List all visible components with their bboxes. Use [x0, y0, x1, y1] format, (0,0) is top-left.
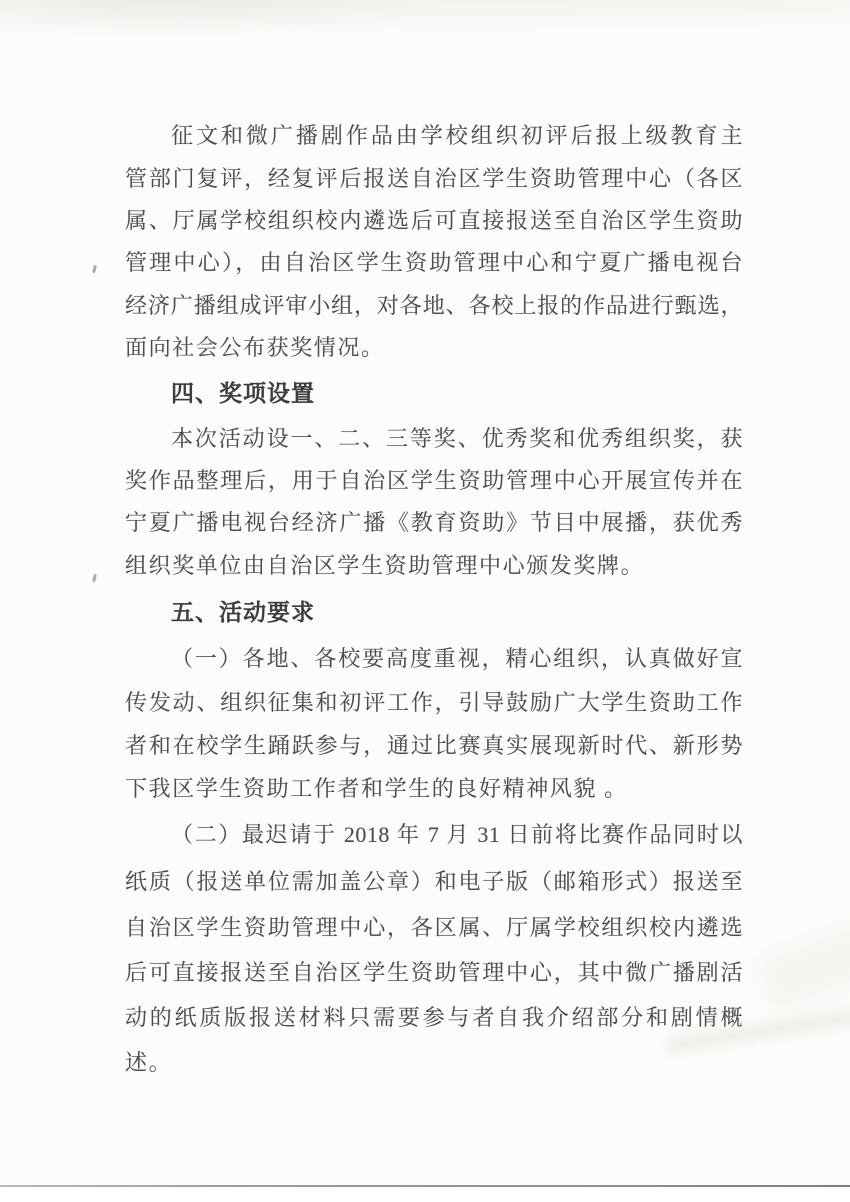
document-page: 征文和微广播剧作品由学校组织初评后报上级教育主 管部门复评，经复评后报送自治区学… [0, 0, 850, 1202]
text-line: 管部门复评，经复评后报送自治区学生资助管理中心（各区 [125, 164, 743, 194]
text-line: 后可直接报送至自治区学生资助管理中心，其中微广播剧活 [125, 958, 743, 988]
text-line: 传发动、组织征集和初评工作，引导鼓励广大学生资助工作 [125, 688, 743, 718]
text-line: 属、厅属学校组织校内遴选后可直接报送至自治区学生资助 [125, 206, 743, 236]
scan-edge-margin [0, 1187, 850, 1202]
scan-shadow [756, 923, 850, 1012]
text-line: 下我区学生资助工作者和学生的良好精神风貌 。 [125, 774, 743, 804]
scan-speck [92, 574, 97, 582]
text-line: 经济广播组成评审小组，对各地、各校上报的作品进行甄选， [125, 291, 743, 321]
text-line: 自治区学生资助管理中心，各区属、厅属学校组织校内遴选 [125, 913, 743, 943]
text-line: （一）各地、各校要高度重视，精心组织，认真做好宣 [125, 644, 743, 674]
text-line: 宁夏广播电视台经济广播《教育资助》节目中展播，获优秀 [125, 508, 743, 538]
section-heading-awards: 四、奖项设置 [125, 378, 743, 408]
text-line: 征文和微广播剧作品由学校组织初评后报上级教育主 [125, 121, 743, 151]
scan-speck [92, 265, 97, 273]
text-line: 者和在校学生踊跃参与，通过比赛真实展现新时代、新形势 [125, 731, 743, 761]
section-heading-requirements: 五、活动要求 [125, 597, 743, 627]
text-line: 面向社会公布获奖情况。 [125, 333, 743, 363]
text-line: 本次活动设一、二、三等奖、优秀奖和优秀组织奖，获 [125, 424, 743, 454]
text-line: 管理中心），由自治区学生资助管理中心和宁夏广播电视台 [125, 248, 743, 278]
text-line: （二）最迟请于 2018 年 7 月 31 日前将比赛作品同时以 [125, 820, 743, 850]
text-line: 动的纸质版报送材料只需要参与者自我介绍部分和剧情概 [125, 1003, 743, 1033]
text-line: 奖作品整理后，用于自治区学生资助管理中心开展宣传并在 [125, 466, 743, 496]
text-line: 述。 [125, 1048, 743, 1078]
text-line: 组织奖单位由自治区学生资助管理中心颁发奖牌。 [125, 551, 743, 581]
text-line: 纸质（报送单位需加盖公章）和电子版（邮箱形式）报送至 [125, 867, 743, 897]
